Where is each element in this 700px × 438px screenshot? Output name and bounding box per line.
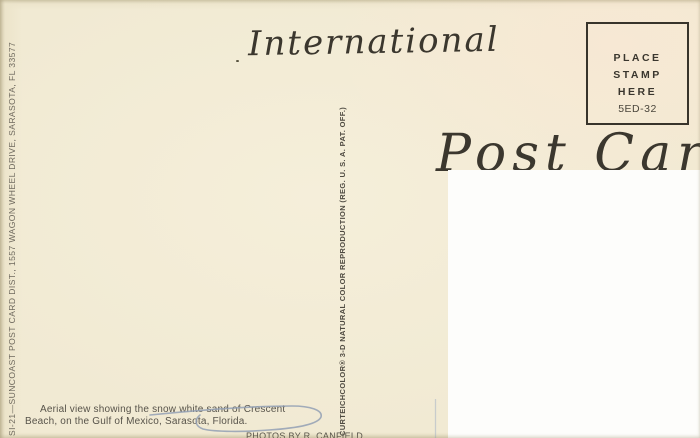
stamp-box-line: PLACE <box>613 50 661 67</box>
stamp-box-line: HERE <box>618 84 657 101</box>
photographer-credit-clipped: PHOTOS BY R. CANFIELD <box>246 431 363 438</box>
stamp-box-code: 5ED-32 <box>618 101 657 117</box>
ink-speck <box>236 60 239 62</box>
stamp-box: PLACE STAMP HERE 5ED-32 <box>586 22 689 125</box>
caption-line-1: Aerial view showing the snow white sand … <box>40 404 285 415</box>
international-script-heading: International <box>248 20 500 64</box>
white-cutout-overlay <box>448 170 700 438</box>
publisher-credit-vertical: SI-21—SUNCOAST POST CARD DIST., 1557 WAG… <box>7 42 17 436</box>
printer-credit-vertical: CURTEICHCOLOR® 3-D NATURAL COLOR REPRODU… <box>338 107 347 436</box>
stamp-box-line: STAMP <box>613 67 661 84</box>
caption-line-2: Beach, on the Gulf of Mexico, Sarasota, … <box>25 416 248 427</box>
